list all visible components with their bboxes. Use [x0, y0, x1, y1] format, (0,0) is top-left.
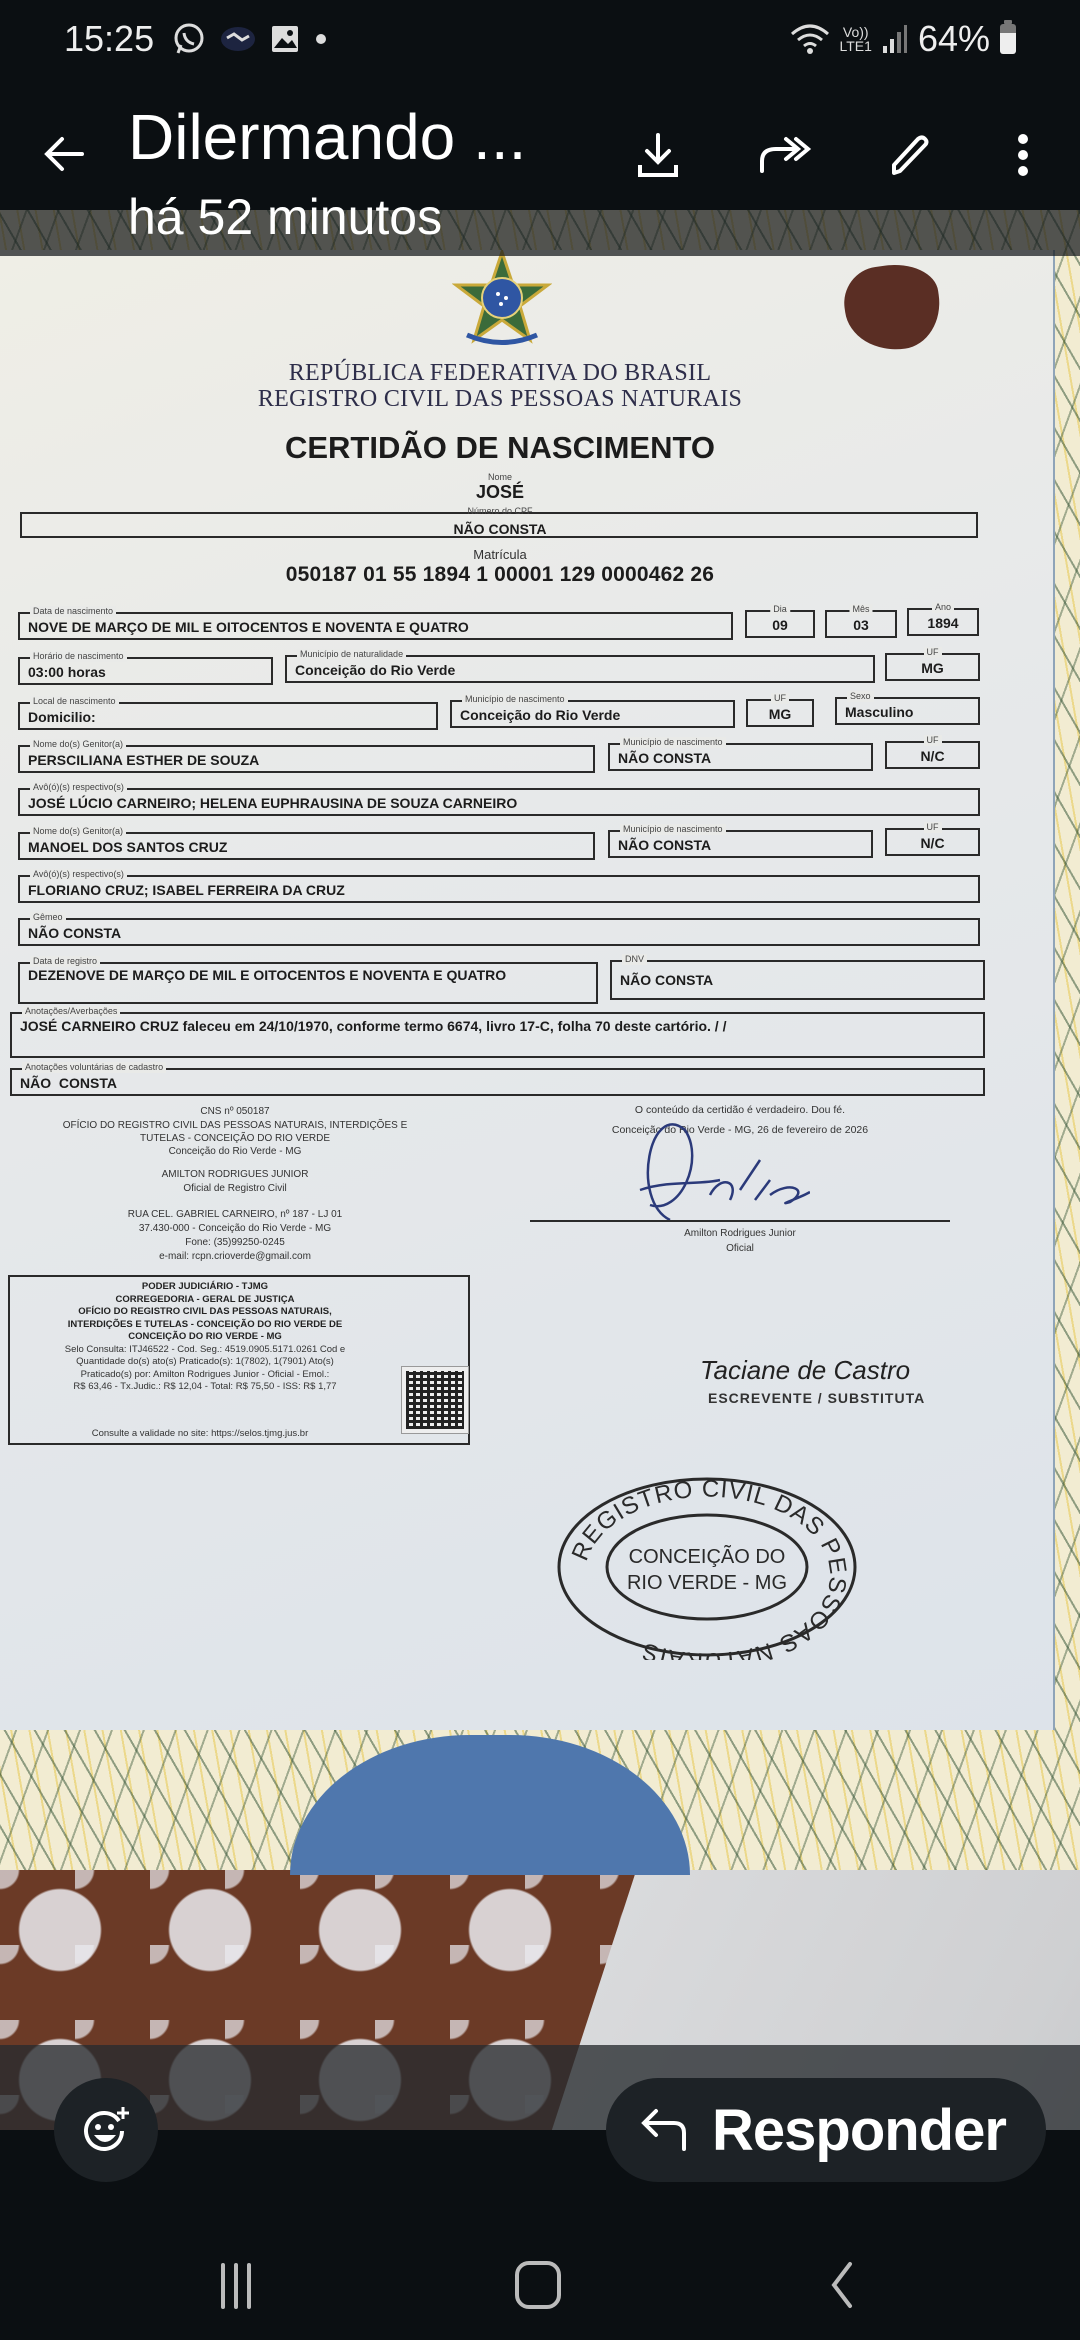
- nav-recents-button[interactable]: [191, 2240, 281, 2330]
- field-twin: Gêmeo NÃO CONSTA: [18, 918, 980, 946]
- brazil-map-icon: [840, 259, 946, 356]
- signer-block: Amilton Rodrigues Junior Oficial: [530, 1226, 950, 1256]
- officer-name: AMILTON RODRIGUES JUNIOR: [0, 1168, 470, 1181]
- field-parent-2-city: Município de nascimento NÃO CONSTA: [608, 830, 873, 858]
- field-label: UF: [771, 693, 789, 704]
- field-dnv: DNV NÃO CONSTA: [610, 960, 985, 1000]
- seal-line: CONCEIÇÃO DO RIO VERDE - MG: [128, 1331, 282, 1342]
- chat-title: Dilermando ...: [128, 100, 526, 174]
- field-value: MG: [887, 660, 978, 676]
- seal-line: INTERDIÇÕES E TUTELAS - CONCEIÇÃO DO RIO…: [68, 1319, 342, 1330]
- field-label: Município de nascimento: [620, 824, 726, 835]
- field-label: Sexo: [847, 691, 874, 702]
- judicial-seal-box: PODER JUDICIÁRIO - TJMG CORREGEDORIA - G…: [8, 1275, 470, 1445]
- field-label: DNV: [622, 954, 647, 965]
- office-name-2: TUTELAS - CONCEIÇÃO DO RIO VERDE: [0, 1132, 470, 1145]
- field-label: Ano: [932, 602, 954, 613]
- notification-icons: [172, 22, 328, 56]
- field-value: PERSCILIANA ESTHER DE SOUZA: [28, 752, 587, 768]
- office-email: e-mail: rcpn.crioverde@gmail.com: [0, 1250, 470, 1263]
- field-parent-1: Nome do(s) Genitor(a) PERSCILIANA ESTHER…: [18, 745, 595, 773]
- signer-name: Amilton Rodrigues Junior: [684, 1228, 796, 1239]
- officer-role: Oficial de Registro Civil: [0, 1182, 470, 1195]
- recents-icon: [212, 2261, 260, 2309]
- office-phone: Fone: (35)99250-0245: [0, 1236, 470, 1249]
- field-label: Nome do(s) Genitor(a): [30, 739, 126, 750]
- field-label: Horário de nascimento: [30, 651, 127, 662]
- field-registry-date: Data de registro DEZENOVE DE MARÇO DE MI…: [18, 962, 598, 1004]
- cns-number: CNS nº 050187: [0, 1105, 470, 1118]
- attestation-line-1: O conteúdo da certidão é verdadeiro. Dou…: [530, 1100, 950, 1120]
- arrow-left-icon: [40, 130, 88, 178]
- birth-certificate: REPÚBLICA FEDERATIVA DO BRASIL REGISTRO …: [0, 250, 1055, 1730]
- seal-line: CORREGEDORIA - GERAL DE JUSTIÇA: [116, 1294, 295, 1305]
- matricula-label: Matrícula: [0, 547, 1000, 562]
- app-bar: Dilermando ... há 52 minutos: [0, 80, 1080, 260]
- add-emoji-icon: [81, 2105, 131, 2155]
- field-label: Nome do(s) Genitor(a): [30, 826, 126, 837]
- field-value: DEZENOVE DE MARÇO DE MIL E OITOCENTOS E …: [28, 966, 508, 984]
- field-value: JOSÉ LÚCIO CARNEIRO; HELENA EUPHRAUSINA …: [28, 795, 972, 811]
- office-city: Conceição do Rio Verde - MG: [0, 1145, 470, 1158]
- photo-viewer[interactable]: REPÚBLICA FEDERATIVA DO BRASIL REGISTRO …: [0, 0, 1080, 2340]
- field-birth-time: Horário de nascimento 03:00 horas: [18, 657, 273, 685]
- header-line-2: REGISTRO CIVIL DAS PESSOAS NATURAIS: [0, 386, 1000, 413]
- stamp-name: Taciane de Castro: [700, 1355, 910, 1386]
- svg-text:RIO VERDE - MG: RIO VERDE - MG: [627, 1572, 787, 1594]
- field-value: MANOEL DOS SANTOS CRUZ: [28, 839, 587, 855]
- cpf-label: Número do CPF: [0, 506, 1000, 516]
- field-year: Ano 1894: [907, 608, 979, 636]
- nav-home-button[interactable]: [493, 2240, 583, 2330]
- status-bar: 15:25 Vo)) LTE1: [0, 0, 1080, 80]
- signal-icon: [882, 24, 908, 54]
- field-value: 03: [827, 617, 895, 633]
- field-annotations: Anotações/Averbações JOSÉ CARNEIRO CRUZ …: [10, 1012, 985, 1058]
- field-value: MG: [748, 706, 812, 722]
- network-type: Vo)) LTE1: [840, 25, 872, 53]
- reply-icon: [640, 2107, 692, 2153]
- reply-button[interactable]: Responder: [606, 2078, 1046, 2182]
- field-label: Município de naturalidade: [297, 649, 406, 660]
- field-value: 09: [747, 617, 813, 633]
- field-birth-date: Data de nascimento NOVE DE MARÇO DE MIL …: [18, 612, 733, 640]
- seal-text: PODER JUDICIÁRIO - TJMG CORREGEDORIA - G…: [20, 1281, 390, 1394]
- qr-code: [402, 1367, 468, 1433]
- download-icon: [634, 131, 682, 179]
- seal-line: OFÍCIO DO REGISTRO CIVIL DAS PESSOAS NAT…: [78, 1306, 332, 1317]
- office-cep: 37.430-000 - Conceição do Rio Verde - MG: [0, 1222, 470, 1235]
- react-emoji-button[interactable]: [54, 2078, 158, 2182]
- svg-text:CONCEIÇÃO DO: CONCEIÇÃO DO: [629, 1544, 786, 1568]
- home-icon: [512, 2259, 564, 2311]
- office-name-1: OFÍCIO DO REGISTRO CIVIL DAS PESSOAS NAT…: [0, 1119, 470, 1132]
- gallery-icon: [270, 24, 300, 54]
- battery-icon: [1000, 24, 1016, 54]
- field-value: N/C: [887, 748, 978, 764]
- certificate-title: CERTIDÃO DE NASCIMENTO: [0, 430, 1000, 466]
- field-voluntary-annotations: Anotações voluntárias de cadastro NÃO CO…: [10, 1068, 985, 1096]
- more-options-button[interactable]: [988, 120, 1058, 190]
- field-value: Conceição do Rio Verde: [460, 707, 727, 723]
- field-sex: Sexo Masculino: [835, 697, 980, 725]
- field-label: Gêmeo: [30, 912, 66, 923]
- field-value: 1894: [909, 615, 977, 631]
- forward-icon: [756, 131, 812, 179]
- timestamp: há 52 minutos: [128, 188, 442, 246]
- field-naturality-uf: UF MG: [885, 653, 980, 681]
- field-value: N/C: [887, 835, 978, 851]
- seal-consult-url: Consulte a validade no site: https://sel…: [10, 1428, 390, 1439]
- registry-stamp: REGISTRO CIVIL DAS PESSOAS NATURAIS CONC…: [555, 1475, 860, 1660]
- field-parent-2-uf: UF N/C: [885, 828, 980, 856]
- field-parent-1-uf: UF N/C: [885, 741, 980, 769]
- seal-line: R$ 63,46 - Tx.Judic.: R$ 12,04 - Total: …: [73, 1381, 336, 1392]
- header-line-1: REPÚBLICA FEDERATIVA DO BRASIL: [0, 360, 1000, 387]
- field-value: Domicilio:: [28, 709, 430, 725]
- dot-icon: [314, 32, 328, 46]
- field-value: 03:00 horas: [28, 664, 265, 680]
- handshake-app-icon: [220, 24, 256, 54]
- field-day: Dia 09: [745, 610, 815, 638]
- field-label: Anotações voluntárias de cadastro: [22, 1062, 166, 1073]
- field-grandparents-1: Avô(ó)(s) respectivo(s) JOSÉ LÚCIO CARNE…: [18, 788, 980, 816]
- seal-line: Selo Consulta: ITJ46522 - Cod. Seg.: 451…: [65, 1344, 345, 1355]
- field-month: Mês 03: [825, 610, 897, 638]
- field-value: NÃO CONSTA: [20, 1075, 977, 1091]
- chevron-left-icon: [822, 2260, 862, 2310]
- field-label: Mês: [849, 604, 872, 615]
- pencil-icon: [886, 133, 930, 177]
- signer-role: Oficial: [726, 1243, 754, 1254]
- name-label: Nome: [0, 472, 1000, 482]
- field-value: NÃO CONSTA: [618, 750, 865, 766]
- forward-button[interactable]: [749, 120, 819, 190]
- office-address: RUA CEL. GABRIEL CARNEIRO, nº 187 - LJ 0…: [0, 1208, 470, 1221]
- back-button[interactable]: [32, 122, 96, 186]
- seal-line: Praticado(s) por: Amilton Rodrigues Juni…: [81, 1369, 330, 1380]
- handwritten-signature: [610, 1120, 810, 1230]
- field-label: UF: [924, 735, 942, 746]
- field-grandparents-2: Avô(ó)(s) respectivo(s) FLORIANO CRUZ; I…: [18, 875, 980, 903]
- field-label: Município de nascimento: [462, 694, 568, 705]
- field-birth-city: Município de nascimento Conceição do Rio…: [450, 700, 735, 728]
- cpf-value: NÃO CONSTA: [0, 521, 1000, 537]
- edit-button[interactable]: [873, 120, 943, 190]
- field-label: UF: [924, 822, 942, 833]
- download-button[interactable]: [623, 120, 693, 190]
- person-name: JOSÉ: [0, 482, 1000, 503]
- wifi-icon: [790, 22, 830, 56]
- field-value: NÃO CONSTA: [28, 925, 972, 941]
- field-parent-1-city: Município de nascimento NÃO CONSTA: [608, 743, 873, 771]
- battery-percent: 64%: [918, 18, 990, 60]
- field-value: Conceição do Rio Verde: [295, 662, 867, 678]
- seal-line: PODER JUDICIÁRIO - TJMG: [142, 1281, 268, 1292]
- field-label: Data de nascimento: [30, 606, 116, 617]
- field-label: Avô(ó)(s) respectivo(s): [30, 782, 127, 793]
- field-value: Masculino: [845, 704, 972, 720]
- field-naturality-city: Município de naturalidade Conceição do R…: [285, 655, 875, 683]
- field-parent-2: Nome do(s) Genitor(a) MANOEL DOS SANTOS …: [18, 832, 595, 860]
- coat-of-arms-icon: [452, 250, 552, 350]
- field-birth-place: Local de nascimento Domicilio:: [18, 702, 438, 730]
- field-value: FLORIANO CRUZ; ISABEL FERREIRA DA CRUZ: [28, 882, 972, 898]
- nav-back-button[interactable]: [797, 2240, 887, 2330]
- seal-line: Quantidade do(s) ato(s) Praticado(s): 1(…: [76, 1356, 334, 1367]
- field-value: NÃO CONSTA: [620, 972, 977, 988]
- system-status-icons: Vo)) LTE1 64%: [790, 18, 1017, 60]
- status-time: 15:25: [64, 18, 154, 60]
- field-label: Local de nascimento: [30, 696, 119, 707]
- field-label: Dia: [770, 604, 790, 615]
- whatsapp-icon: [172, 22, 206, 56]
- lte-label: LTE1: [840, 39, 872, 53]
- field-label: UF: [924, 647, 942, 658]
- field-value: JOSÉ CARNEIRO CRUZ faleceu em 24/10/1970…: [20, 1016, 977, 1036]
- field-label: Município de nascimento: [620, 737, 726, 748]
- stamp-role: ESCREVENTE / SUBSTITUTA: [708, 1390, 925, 1406]
- volte-label: Vo)): [840, 25, 872, 39]
- signature-line: [530, 1220, 950, 1222]
- field-label: Avô(ó)(s) respectivo(s): [30, 869, 127, 880]
- matricula-value: 050187 01 55 1894 1 00001 129 0000462 26: [0, 563, 1000, 587]
- reply-label: Responder: [712, 2097, 1006, 2164]
- field-birth-uf: UF MG: [746, 699, 814, 727]
- field-value: NÃO CONSTA: [618, 837, 865, 853]
- more-vert-icon: [1013, 131, 1033, 179]
- field-value: NOVE DE MARÇO DE MIL E OITOCENTOS E NOVE…: [28, 619, 725, 635]
- attestation-area: O conteúdo da certidão é verdadeiro. Dou…: [530, 1100, 950, 1140]
